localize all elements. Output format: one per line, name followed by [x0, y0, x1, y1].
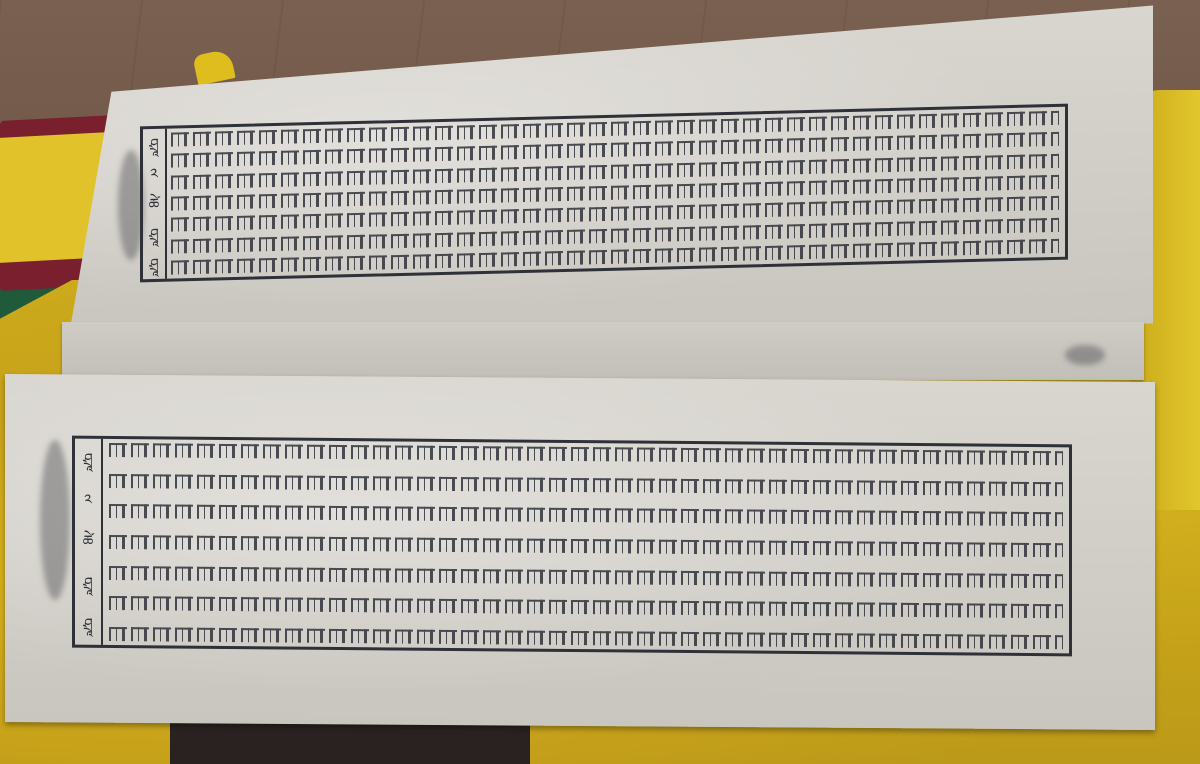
text-line [109, 474, 1063, 496]
pecha-stack-edge [62, 322, 1144, 380]
margin-mark: ཤྲཱ [149, 256, 158, 271]
ink-smudge [40, 440, 70, 600]
margin-mark: ཚེ [83, 534, 94, 549]
margin-mark: ཤྲཱ [149, 136, 158, 151]
margin-mark: ཤྲཱ [149, 226, 158, 241]
text-panel-bottom: ཤྲཱ ༢ ཚེ ཤྲཱ ཤྲཱ [72, 436, 1072, 657]
margin-mark: ཤྲཱ [83, 617, 92, 632]
margin-column: ཤྲཱ ༢ ཚེ ཤྲཱ ཤྲཱ [143, 129, 167, 280]
script-lines [171, 111, 1059, 275]
text-line [109, 504, 1063, 526]
margin-mark: ཤྲཱ [83, 452, 92, 467]
text-line [109, 535, 1063, 557]
ink-smudge [1065, 345, 1105, 365]
margin-mark: ༢ [84, 493, 92, 508]
script-lines [109, 443, 1063, 649]
text-line [109, 596, 1063, 618]
text-panel-top: ཤྲཱ ༢ ཚེ ཤྲཱ ཤྲཱ [140, 104, 1068, 283]
text-line [109, 627, 1063, 649]
margin-column: ཤྲཱ ༢ ཚེ ཤྲཱ ཤྲཱ [75, 439, 103, 645]
text-line [109, 443, 1063, 465]
margin-mark: ཤྲཱ [83, 575, 92, 590]
text-line [109, 566, 1063, 588]
margin-mark: ཚེ [149, 196, 160, 211]
margin-mark: ༢ [150, 166, 158, 181]
